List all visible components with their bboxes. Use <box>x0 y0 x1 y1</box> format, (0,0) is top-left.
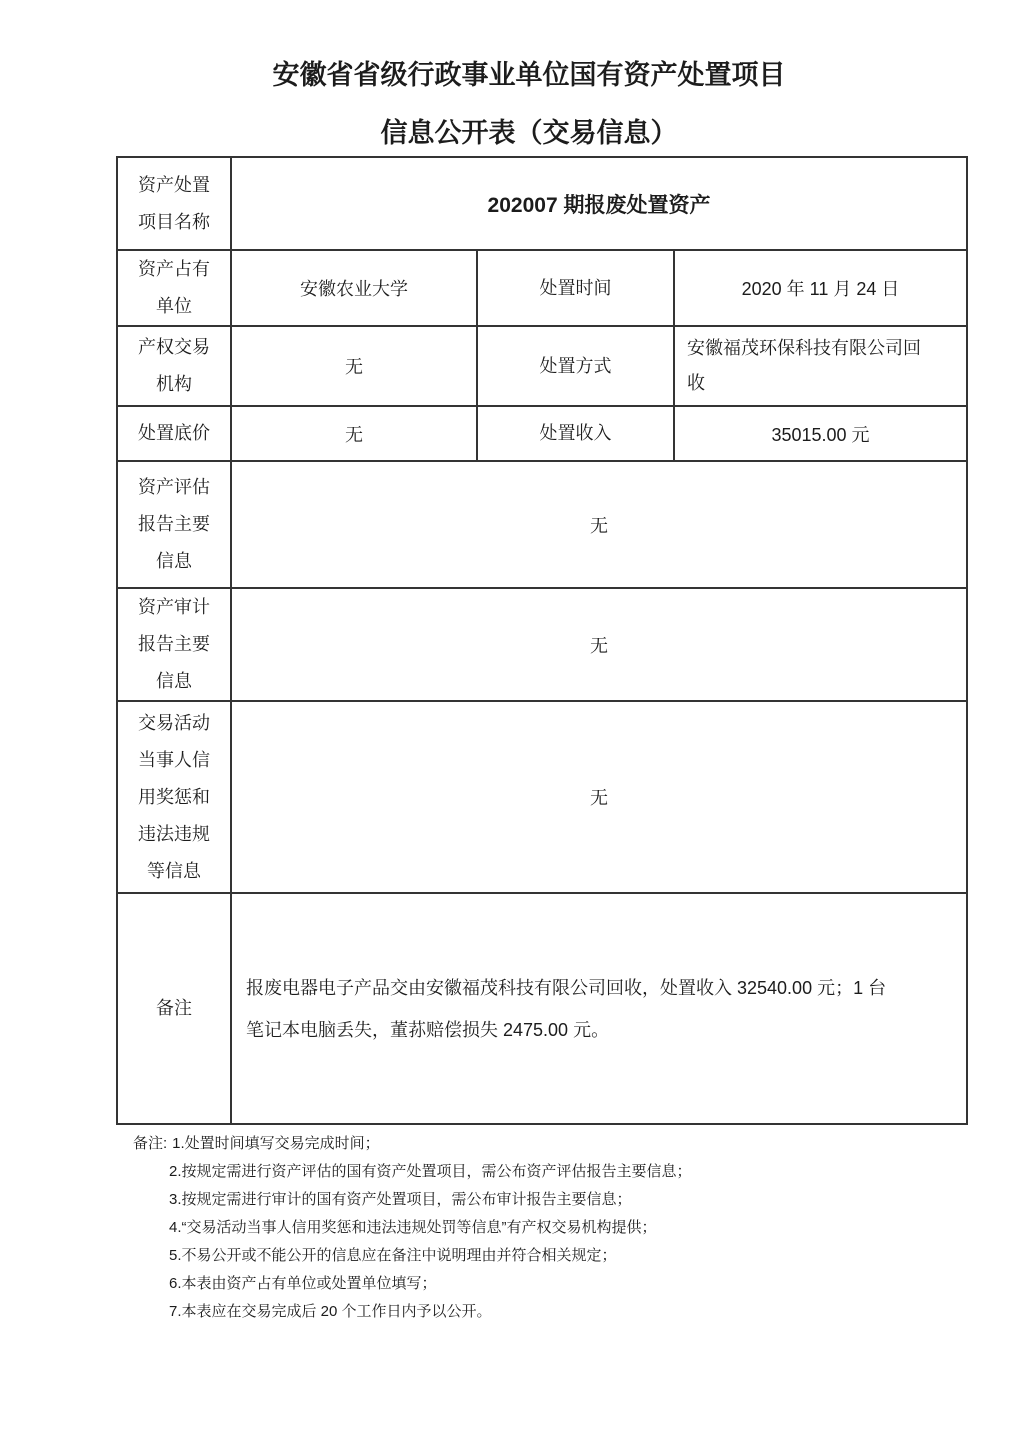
footnotes-section: 备注:1.处置时间填写交易完成时间； 2.按规定需进行资产评估的国有资产处置项目… <box>133 1130 1024 1326</box>
audit-report-value: 无 <box>231 588 967 701</box>
asset-holder-label: 资产占有 单位 <box>117 250 231 326</box>
footnotes-label: 备注: <box>133 1135 167 1152</box>
project-name-label: 资产处置 项目名称 <box>117 157 231 250</box>
info-table: 资产处置 项目名称 202007 期报废处置资产 资产占有 单位 安徽农业大学 … <box>116 156 968 1125</box>
footnote-item-6: 6.本表由资产占有单位或处置单位填写； <box>133 1270 1024 1298</box>
row-agency-method: 产权交易 机构 无 处置方式 安徽福茂环保科技有限公司回 收 <box>117 326 967 406</box>
footnote-item-5: 5.不易公开或不能公开的信息应在备注中说明理由并符合相关规定； <box>133 1242 1024 1270</box>
disposal-method-value: 安徽福茂环保科技有限公司回 收 <box>674 326 967 406</box>
row-audit-report: 资产审计 报告主要 信息 无 <box>117 588 967 701</box>
footnote-item-1: 1.处置时间填写交易完成时间； <box>172 1135 380 1152</box>
remark-label: 备注 <box>117 893 231 1124</box>
footnote-line-1: 备注:1.处置时间填写交易完成时间； <box>133 1130 1024 1158</box>
row-evaluation-report: 资产评估 报告主要 信息 无 <box>117 461 967 588</box>
evaluation-report-value: 无 <box>231 461 967 588</box>
disposal-income-value: 35015.00 元 <box>674 406 967 461</box>
row-remark: 备注 报废电器电子产品交由安徽福茂科技有限公司回收，处置收入 32540.00 … <box>117 893 967 1124</box>
project-name-value: 202007 期报废处置资产 <box>231 157 967 250</box>
document-page: 安徽省省级行政事业单位国有资产处置项目 信息公开表（交易信息） 资产处置 项目名… <box>0 0 1024 1448</box>
trading-agency-value: 无 <box>231 326 477 406</box>
disposal-method-label: 处置方式 <box>477 326 674 406</box>
row-credit-info: 交易活动 当事人信 用奖惩和 违法违规 等信息 无 <box>117 701 967 893</box>
floor-price-label: 处置底价 <box>117 406 231 461</box>
asset-holder-value: 安徽农业大学 <box>231 250 477 326</box>
credit-info-label: 交易活动 当事人信 用奖惩和 违法违规 等信息 <box>117 701 231 893</box>
row-price-income: 处置底价 无 处置收入 35015.00 元 <box>117 406 967 461</box>
footnote-item-3: 3.按规定需进行审计的国有资产处置项目，需公布审计报告主要信息； <box>133 1186 1024 1214</box>
trading-agency-label: 产权交易 机构 <box>117 326 231 406</box>
remark-value: 报废电器电子产品交由安徽福茂科技有限公司回收，处置收入 32540.00 元；1… <box>231 893 967 1124</box>
disposal-income-label: 处置收入 <box>477 406 674 461</box>
disposal-time-label: 处置时间 <box>477 250 674 326</box>
floor-price-value: 无 <box>231 406 477 461</box>
disposal-time-value: 2020 年 11 月 24 日 <box>674 250 967 326</box>
evaluation-report-label: 资产评估 报告主要 信息 <box>117 461 231 588</box>
audit-report-label: 资产审计 报告主要 信息 <box>117 588 231 701</box>
doc-title-line1: 安徽省省级行政事业单位国有资产处置项目 <box>104 0 954 92</box>
row-project-name: 资产处置 项目名称 202007 期报废处置资产 <box>117 157 967 250</box>
doc-title-line2: 信息公开表（交易信息） <box>104 116 954 150</box>
credit-info-value: 无 <box>231 701 967 893</box>
footnote-item-7: 7.本表应在交易完成后 20 个工作日内予以公开。 <box>133 1298 1024 1326</box>
footnote-item-4: 4.“交易活动当事人信用奖惩和违法违规处罚等信息”有产权交易机构提供； <box>133 1214 1024 1242</box>
footnote-item-2: 2.按规定需进行资产评估的国有资产处置项目，需公布资产评估报告主要信息； <box>133 1158 1024 1186</box>
row-holder-time: 资产占有 单位 安徽农业大学 处置时间 2020 年 11 月 24 日 <box>117 250 967 326</box>
